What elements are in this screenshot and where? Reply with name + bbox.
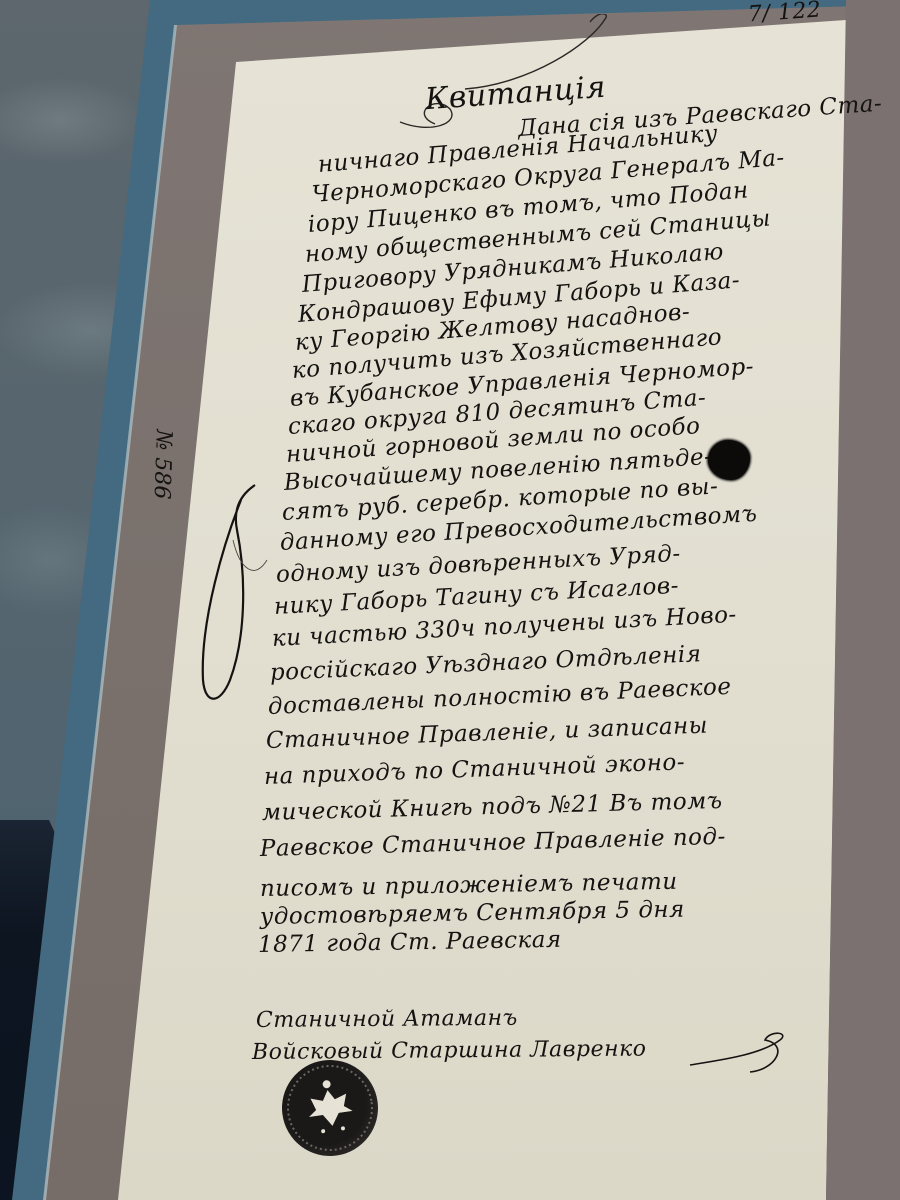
margin-registry-number: № 586	[149, 429, 176, 500]
official-seal	[276, 1054, 384, 1162]
page-number: 7/ 122	[747, 0, 822, 28]
document: 7/ 122 Квитанція № 586 Дана сія изъ Раев…	[0, 0, 900, 1200]
body-line: на приходъ по Станичной эконо-	[264, 749, 686, 790]
body-line: мической Книгѣ подъ №21 Въ томъ	[262, 788, 723, 826]
body-line: Раевское Станичное Правленіе под-	[260, 824, 726, 862]
body-line: удостовѣряемъ Сентября 5 дня	[260, 897, 685, 930]
signature-flourish-icon	[660, 1010, 800, 1080]
body-line: Станичное Правленіе, и записаны	[266, 713, 709, 754]
margin-flourish-icon	[185, 380, 275, 710]
signature-title: Станичной Атаманъ	[256, 1006, 518, 1033]
body-line: 1871 года Ст. Раевская	[258, 927, 562, 958]
double-headed-eagle-icon	[276, 1054, 384, 1162]
ink-blot	[708, 440, 750, 480]
signature-name: Войсковый Старшина Лавренко	[252, 1037, 647, 1065]
